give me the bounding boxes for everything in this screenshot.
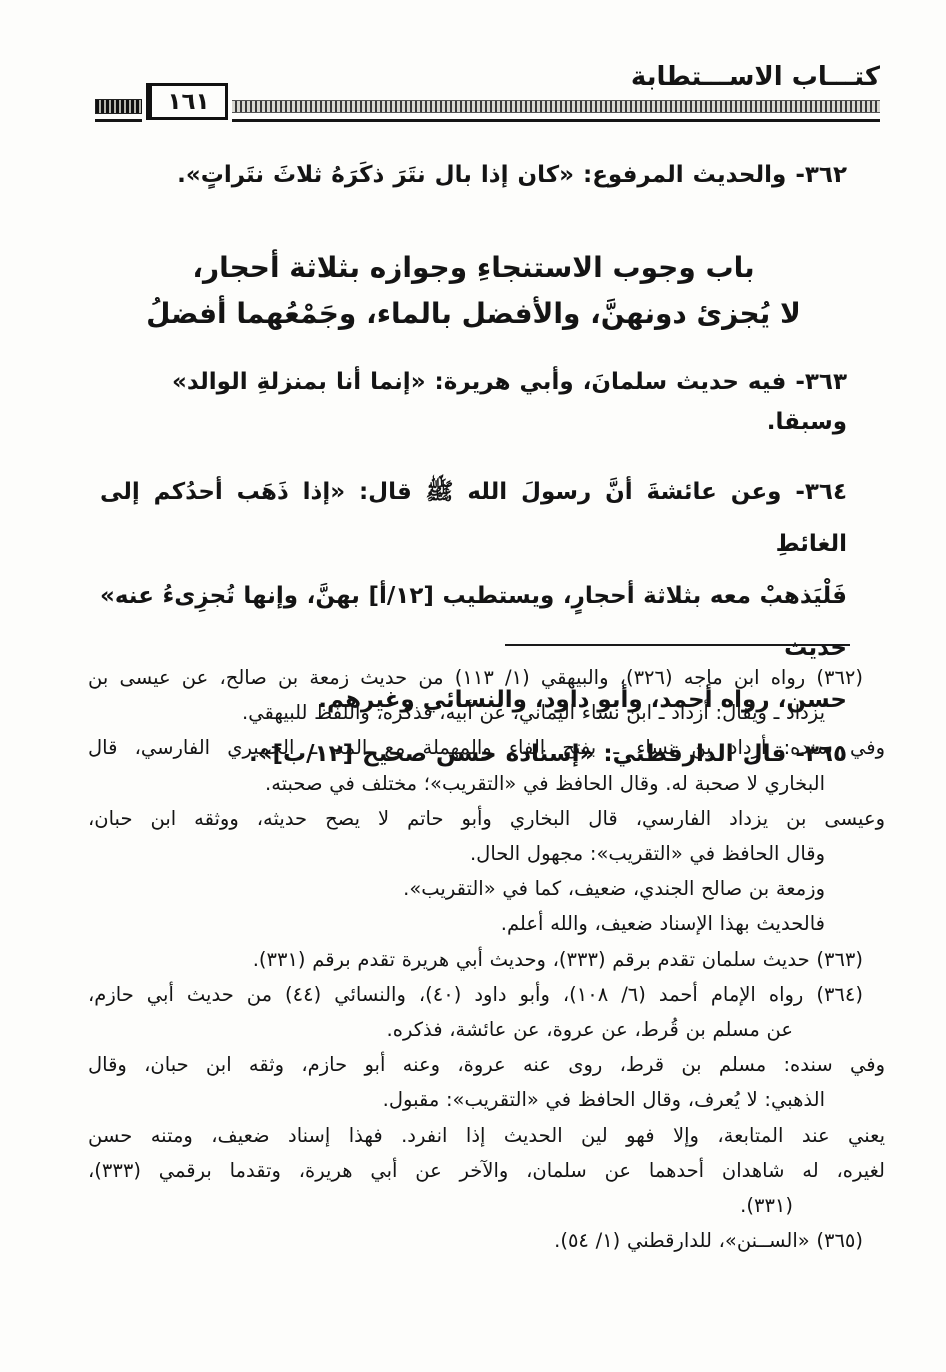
footnote-364-line-6: لغيره، له شاهدان أحدهما عن سلمان، والآخر… <box>88 1153 885 1188</box>
page-header: كتـــاب الاســـتطابة ١٦١ <box>0 0 946 128</box>
chapter-heading-line-2: لا يُجزئ دونهنَّ، والأفضل بالماء، وجَمْع… <box>100 291 847 337</box>
footnote-364-line-5: يعني عند المتابعة، وإلا فهو لين الحديث إ… <box>88 1118 885 1153</box>
hadith-364-line-2: فَلْيَذهبْ معه بثلاثة أحجارٍ، ويستطيب [١… <box>100 570 847 674</box>
book-page: كتـــاب الاســـتطابة ١٦١ ٣٦٢- والحديث ال… <box>0 0 946 1372</box>
chapter-heading: باب وجوب الاستنجاءِ وجوازه بثلاثة أحجار،… <box>100 245 847 337</box>
book-title: كتـــاب الاســـتطابة <box>631 62 880 92</box>
footnote-362-line-5: وعيسى بن يزداد الفارسي، قال البخاري وأبو… <box>88 801 885 836</box>
footnote-362-line-6: وقال الحافظ في «التقريب»: مجهول الحال. <box>88 836 885 871</box>
footnote-364-line-4: الذهبي: لا يُعرف، وقال الحافظ في «التقري… <box>88 1082 885 1117</box>
hadith-363: ٣٦٣- فيه حديث سلمانَ، وأبي هريرة: «إنما … <box>100 362 847 442</box>
footnote-364-line-3: وفي سنده: مسلم بن قرط، روى عنه عروة، وعن… <box>88 1047 885 1082</box>
footnote-362-line-1: (٣٦٢) رواه ابن ماجه (٣٢٦)، والبيهقي (١/ … <box>88 660 885 695</box>
page-number-box: ١٦١ <box>146 83 228 120</box>
footnote-365-line-1: (٣٦٥) «الســنن»، للدارقطني (١/ ٥٤). <box>88 1223 885 1258</box>
footnote-364-line-7: (٣٣١). <box>88 1188 885 1223</box>
footnote-362-line-4: البخاري لا صحبة له. وقال الحافظ في «التق… <box>88 766 885 801</box>
chapter-heading-line-1: باب وجوب الاستنجاءِ وجوازه بثلاثة أحجار، <box>100 245 847 291</box>
footnote-362-line-3: وفي سنده: أزداد بن نساء ـ بفتح الفاء وال… <box>88 730 885 765</box>
footnote-364-line-1: (٣٦٤) رواه الإمام أحمد (٦/ ١٠٨)، وأبو دا… <box>88 977 885 1012</box>
hadith-364-line-1: ٣٦٤- وعن عائشةَ أنَّ رسولَ الله ﷺ قال: «… <box>100 466 847 570</box>
footnote-362-line-8: فالحديث بهذا الإسناد ضعيف، والله أعلم. <box>88 906 885 941</box>
hadith-362: ٣٦٢- والحديث المرفوع: «كان إذا بال نتَرَ… <box>100 155 847 195</box>
footnote-364-line-2: عن مسلم بن قُرط، عن عروة، عن عائشة، فذكر… <box>88 1012 885 1047</box>
footnote-362-line-2: يزداد ـ ويقال: أزداد ـ ابن نساء اليماني،… <box>88 695 885 730</box>
ornament-left-block <box>95 99 143 114</box>
footnote-separator <box>505 644 850 646</box>
footnote-362-line-7: وزمعة بن صالح الجندي، ضعيف، كما في «التق… <box>88 871 885 906</box>
footnotes: (٣٦٢) رواه ابن ماجه (٣٢٦)، والبيهقي (١/ … <box>88 660 885 1258</box>
footnote-363-line-1: (٣٦٣) حديث سلمان تقدم برقم (٣٣٣)، وحديث … <box>88 942 885 977</box>
page-number: ١٦١ <box>167 89 209 115</box>
